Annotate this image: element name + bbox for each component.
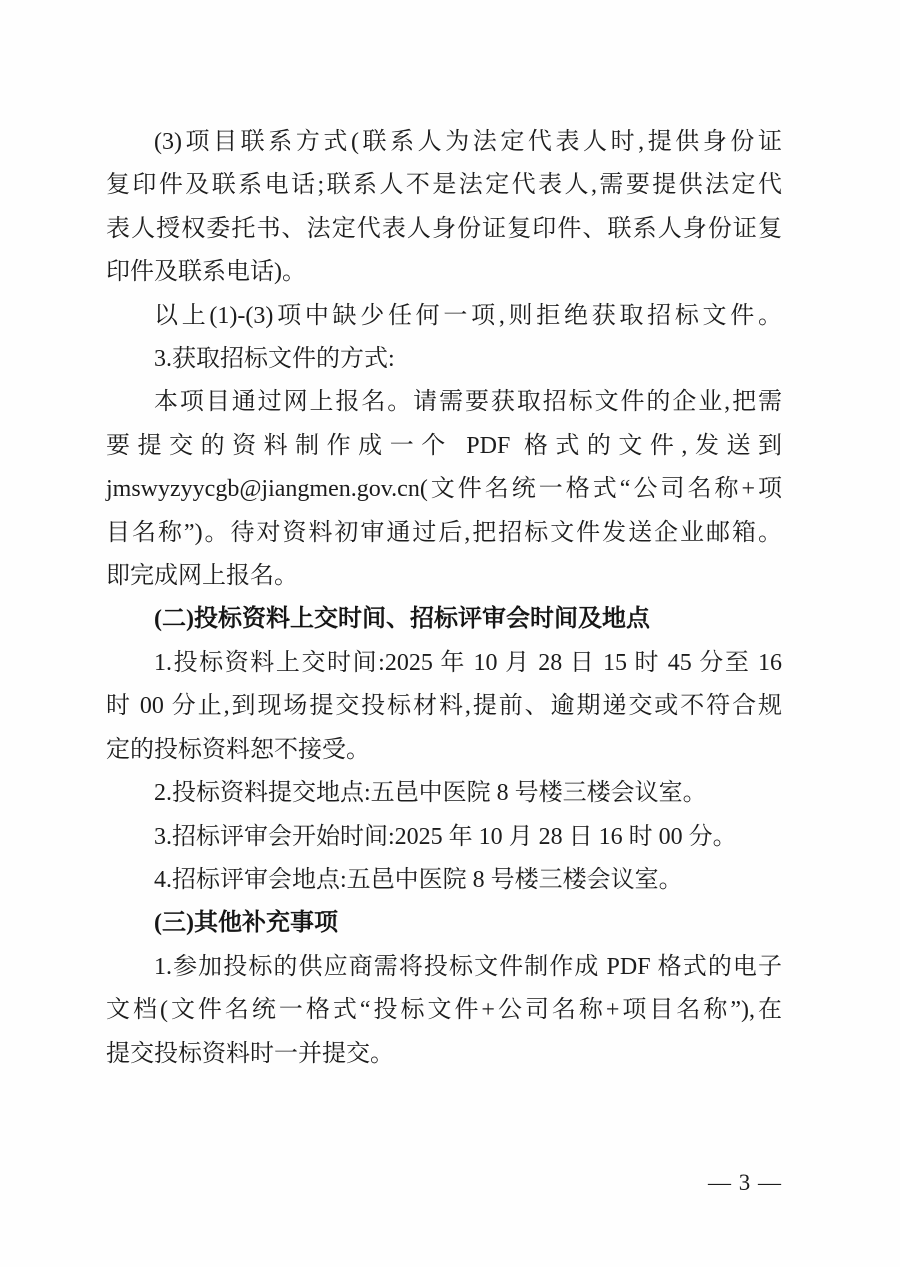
doc-line: 印件及联系电话)。 <box>106 251 782 294</box>
doc-line: 本项目通过网上报名。请需要获取招标文件的企业,把需 <box>106 381 782 424</box>
section-heading: (三)其他补充事项 <box>106 902 782 945</box>
doc-line: 要提交的资料制作成一个 PDF 格式的文件,发送到 <box>106 425 782 468</box>
doc-line: 以上(1)-(3)项中缺少任何一项,则拒绝获取招标文件。 <box>106 295 782 338</box>
doc-line: 2.投标资料提交地点:五邑中医院 8 号楼三楼会议室。 <box>106 772 782 815</box>
doc-line: 时 00 分止,到现场提交投标材料,提前、逾期递交或不符合规 <box>106 685 782 728</box>
doc-line: 复印件及联系电话;联系人不是法定代表人,需要提供法定代 <box>106 164 782 207</box>
doc-line: 3.获取招标文件的方式: <box>106 338 782 381</box>
doc-line: 1.参加投标的供应商需将投标文件制作成 PDF 格式的电子 <box>106 946 782 989</box>
doc-line: 定的投标资料恕不接受。 <box>106 729 782 772</box>
doc-line: 表人授权委托书、法定代表人身份证复印件、联系人身份证复 <box>106 208 782 251</box>
doc-line: 提交投标资料时一并提交。 <box>106 1033 782 1076</box>
doc-line: 1.投标资料上交时间:2025 年 10 月 28 日 15 时 45 分至 1… <box>106 642 782 685</box>
doc-line: 4.招标评审会地点:五邑中医院 8 号楼三楼会议室。 <box>106 859 782 902</box>
doc-line: (3)项目联系方式(联系人为法定代表人时,提供身份证 <box>106 121 782 164</box>
doc-line-email: jmswyzyycgb@jiangmen.gov.cn(文件名统一格式“公司名称… <box>106 468 782 511</box>
doc-line: 即完成网上报名。 <box>106 555 782 598</box>
doc-line: 3.招标评审会开始时间:2025 年 10 月 28 日 16 时 00 分。 <box>106 816 782 859</box>
document-page: (3)项目联系方式(联系人为法定代表人时,提供身份证 复印件及联系电话;联系人不… <box>0 0 900 1267</box>
section-heading: (二)投标资料上交时间、招标评审会时间及地点 <box>106 598 782 641</box>
document-body: (3)项目联系方式(联系人为法定代表人时,提供身份证 复印件及联系电话;联系人不… <box>106 121 782 1076</box>
doc-line: 目名称”)。待对资料初审通过后,把招标文件发送企业邮箱。 <box>106 512 782 555</box>
doc-line: 文档(文件名统一格式“投标文件+公司名称+项目名称”),在 <box>106 989 782 1032</box>
page-number: — 3 — <box>106 1170 782 1196</box>
